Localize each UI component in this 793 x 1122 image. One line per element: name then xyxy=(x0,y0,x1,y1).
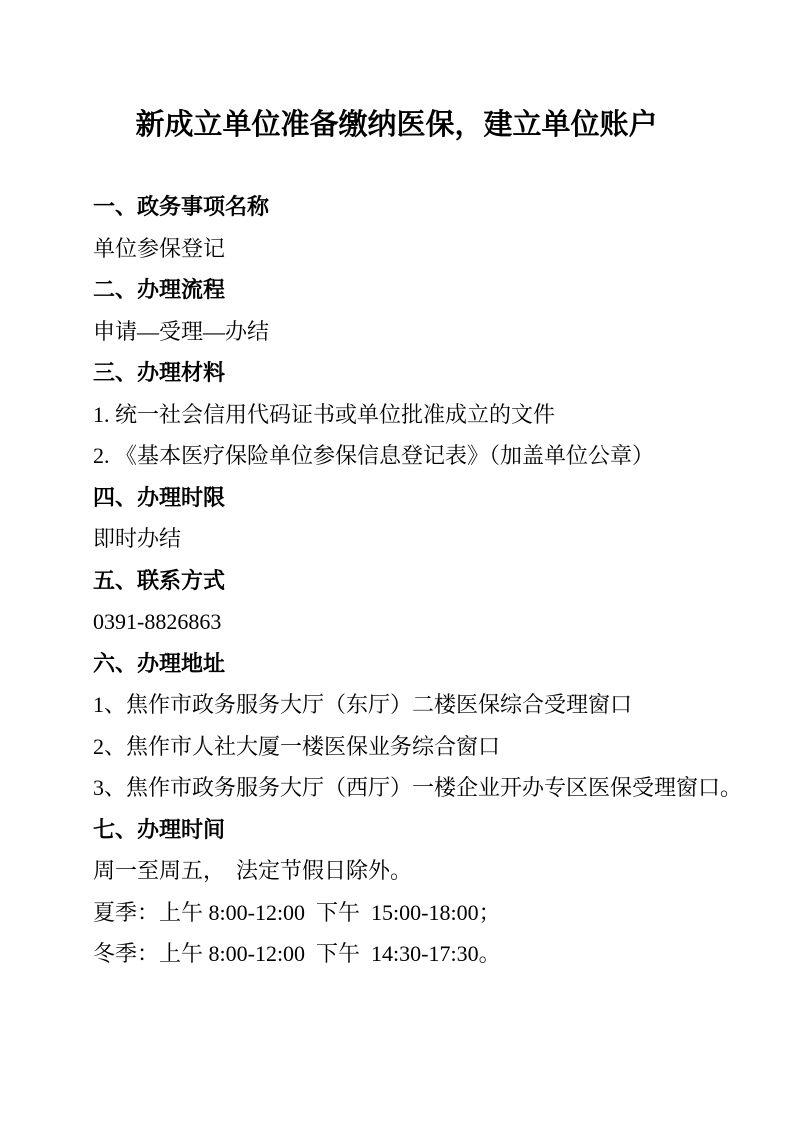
document-page: 新成立单位准备缴纳医保，建立单位账户 一、政务事项名称 单位参保登记 二、办理流… xyxy=(0,0,793,1122)
time-limit-text: 即时办结 xyxy=(93,518,713,560)
section-heading-contact: 五、联系方式 xyxy=(93,560,713,602)
materials-item-2: 2. 《基本医疗保险单位参保信息登记表》（加盖单位公章） xyxy=(93,435,713,477)
address-item-2: 2、焦作市人社大厦一楼医保业务综合窗口 xyxy=(93,726,713,768)
materials-item-1: 1. 统一社会信用代码证书或单位批准成立的文件 xyxy=(93,394,713,436)
section-heading-service-name: 一、政务事项名称 xyxy=(93,186,713,228)
section-heading-office-hours: 七、办理时间 xyxy=(93,809,713,851)
office-hours-summer: 夏季：上午 8:00-12:00 下午 15:00-18:00； xyxy=(93,892,713,934)
office-hours-winter: 冬季：上午 8:00-12:00 下午 14:30-17:30。 xyxy=(93,933,713,975)
document-title: 新成立单位准备缴纳医保，建立单位账户 xyxy=(93,105,700,145)
office-hours-days: 周一至周五， 法定节假日除外。 xyxy=(93,850,713,892)
section-heading-time-limit: 四、办理时限 xyxy=(93,477,713,519)
address-item-3: 3、焦作市政务服务大厅（西厅）一楼企业开办专区医保受理窗口。 xyxy=(93,767,713,809)
address-item-1: 1、焦作市政务服务大厅（东厅）二楼医保综合受理窗口 xyxy=(93,684,713,726)
section-heading-process: 二、办理流程 xyxy=(93,269,713,311)
process-text: 申请—受理—办结 xyxy=(93,311,713,353)
service-name-text: 单位参保登记 xyxy=(93,228,713,270)
document-content: 新成立单位准备缴纳医保，建立单位账户 一、政务事项名称 单位参保登记 二、办理流… xyxy=(93,0,713,975)
contact-phone: 0391-8826863 xyxy=(93,601,713,643)
section-heading-materials: 三、办理材料 xyxy=(93,352,713,394)
section-heading-address: 六、办理地址 xyxy=(93,643,713,685)
